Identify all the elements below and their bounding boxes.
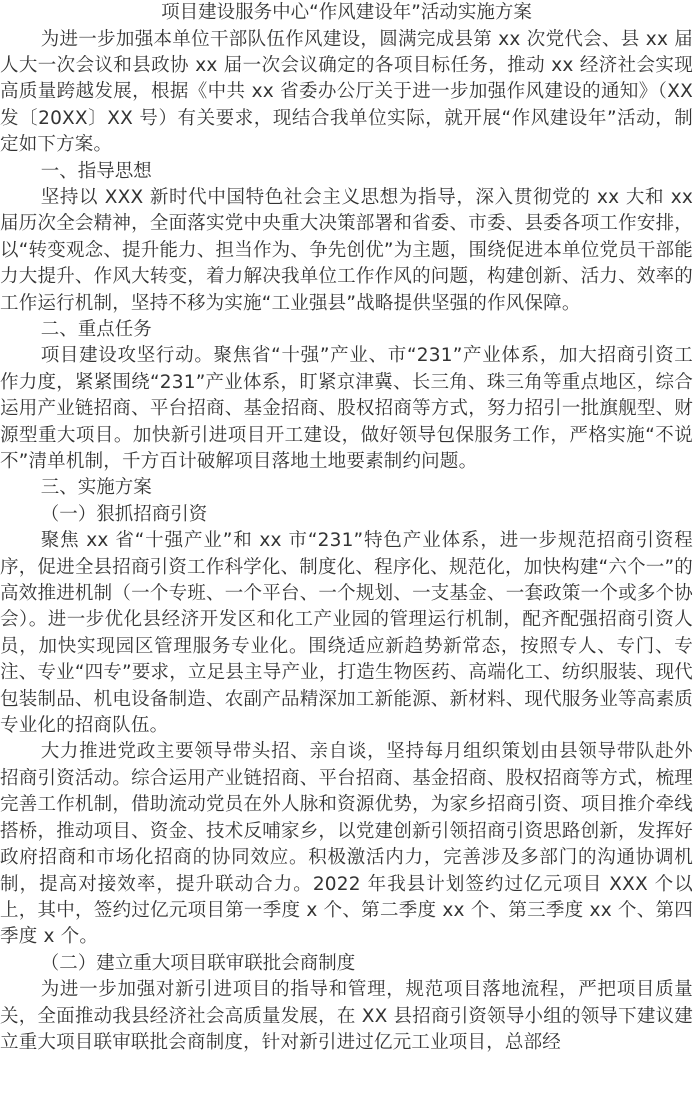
joint-review-system-paragraph: 为进一步加强对新引进项目的指导和管理，规范项目落地流程，严把项目质量关，全面推动…: [0, 977, 693, 1056]
intro-paragraph: 为进一步加强本单位干部队伍作风建设，圆满完成县第 xx 次党代会、县 xx 届人…: [0, 27, 693, 159]
section-heading-implementation-plan: 三、实施方案: [0, 475, 693, 501]
subsection-heading-investment-attraction: （一）狠抓招商引资: [0, 502, 693, 528]
document-title: 项目建设服务中心“作风建设年”活动实施方案: [0, 0, 693, 27]
section-heading-guiding-ideology: 一、指导思想: [0, 159, 693, 185]
key-tasks-paragraph: 项目建设攻坚行动。聚焦省“十强”产业、市“231”产业体系，加大招商引资工作力度…: [0, 343, 693, 475]
section-heading-key-tasks: 二、重点任务: [0, 317, 693, 343]
investment-attraction-paragraph-1: 聚焦 xx 省“十强产业”和 xx 市“231”特色产业体系，进一步规范招商引资…: [0, 528, 693, 739]
document-page: 项目建设服务中心“作风建设年”活动实施方案 为进一步加强本单位干部队伍作风建设，…: [0, 0, 693, 1056]
guiding-ideology-paragraph: 坚持以 XXX 新时代中国特色社会主义思想为指导，深入贯彻党的 xx 大和 xx…: [0, 185, 693, 317]
investment-attraction-paragraph-2: 大力推进党政主要领导带头招、亲自谈，坚持每月组织策划由县领导带队赴外招商引资活动…: [0, 739, 693, 950]
subsection-heading-joint-review-system: （二）建立重大项目联审联批会商制度: [0, 951, 693, 977]
